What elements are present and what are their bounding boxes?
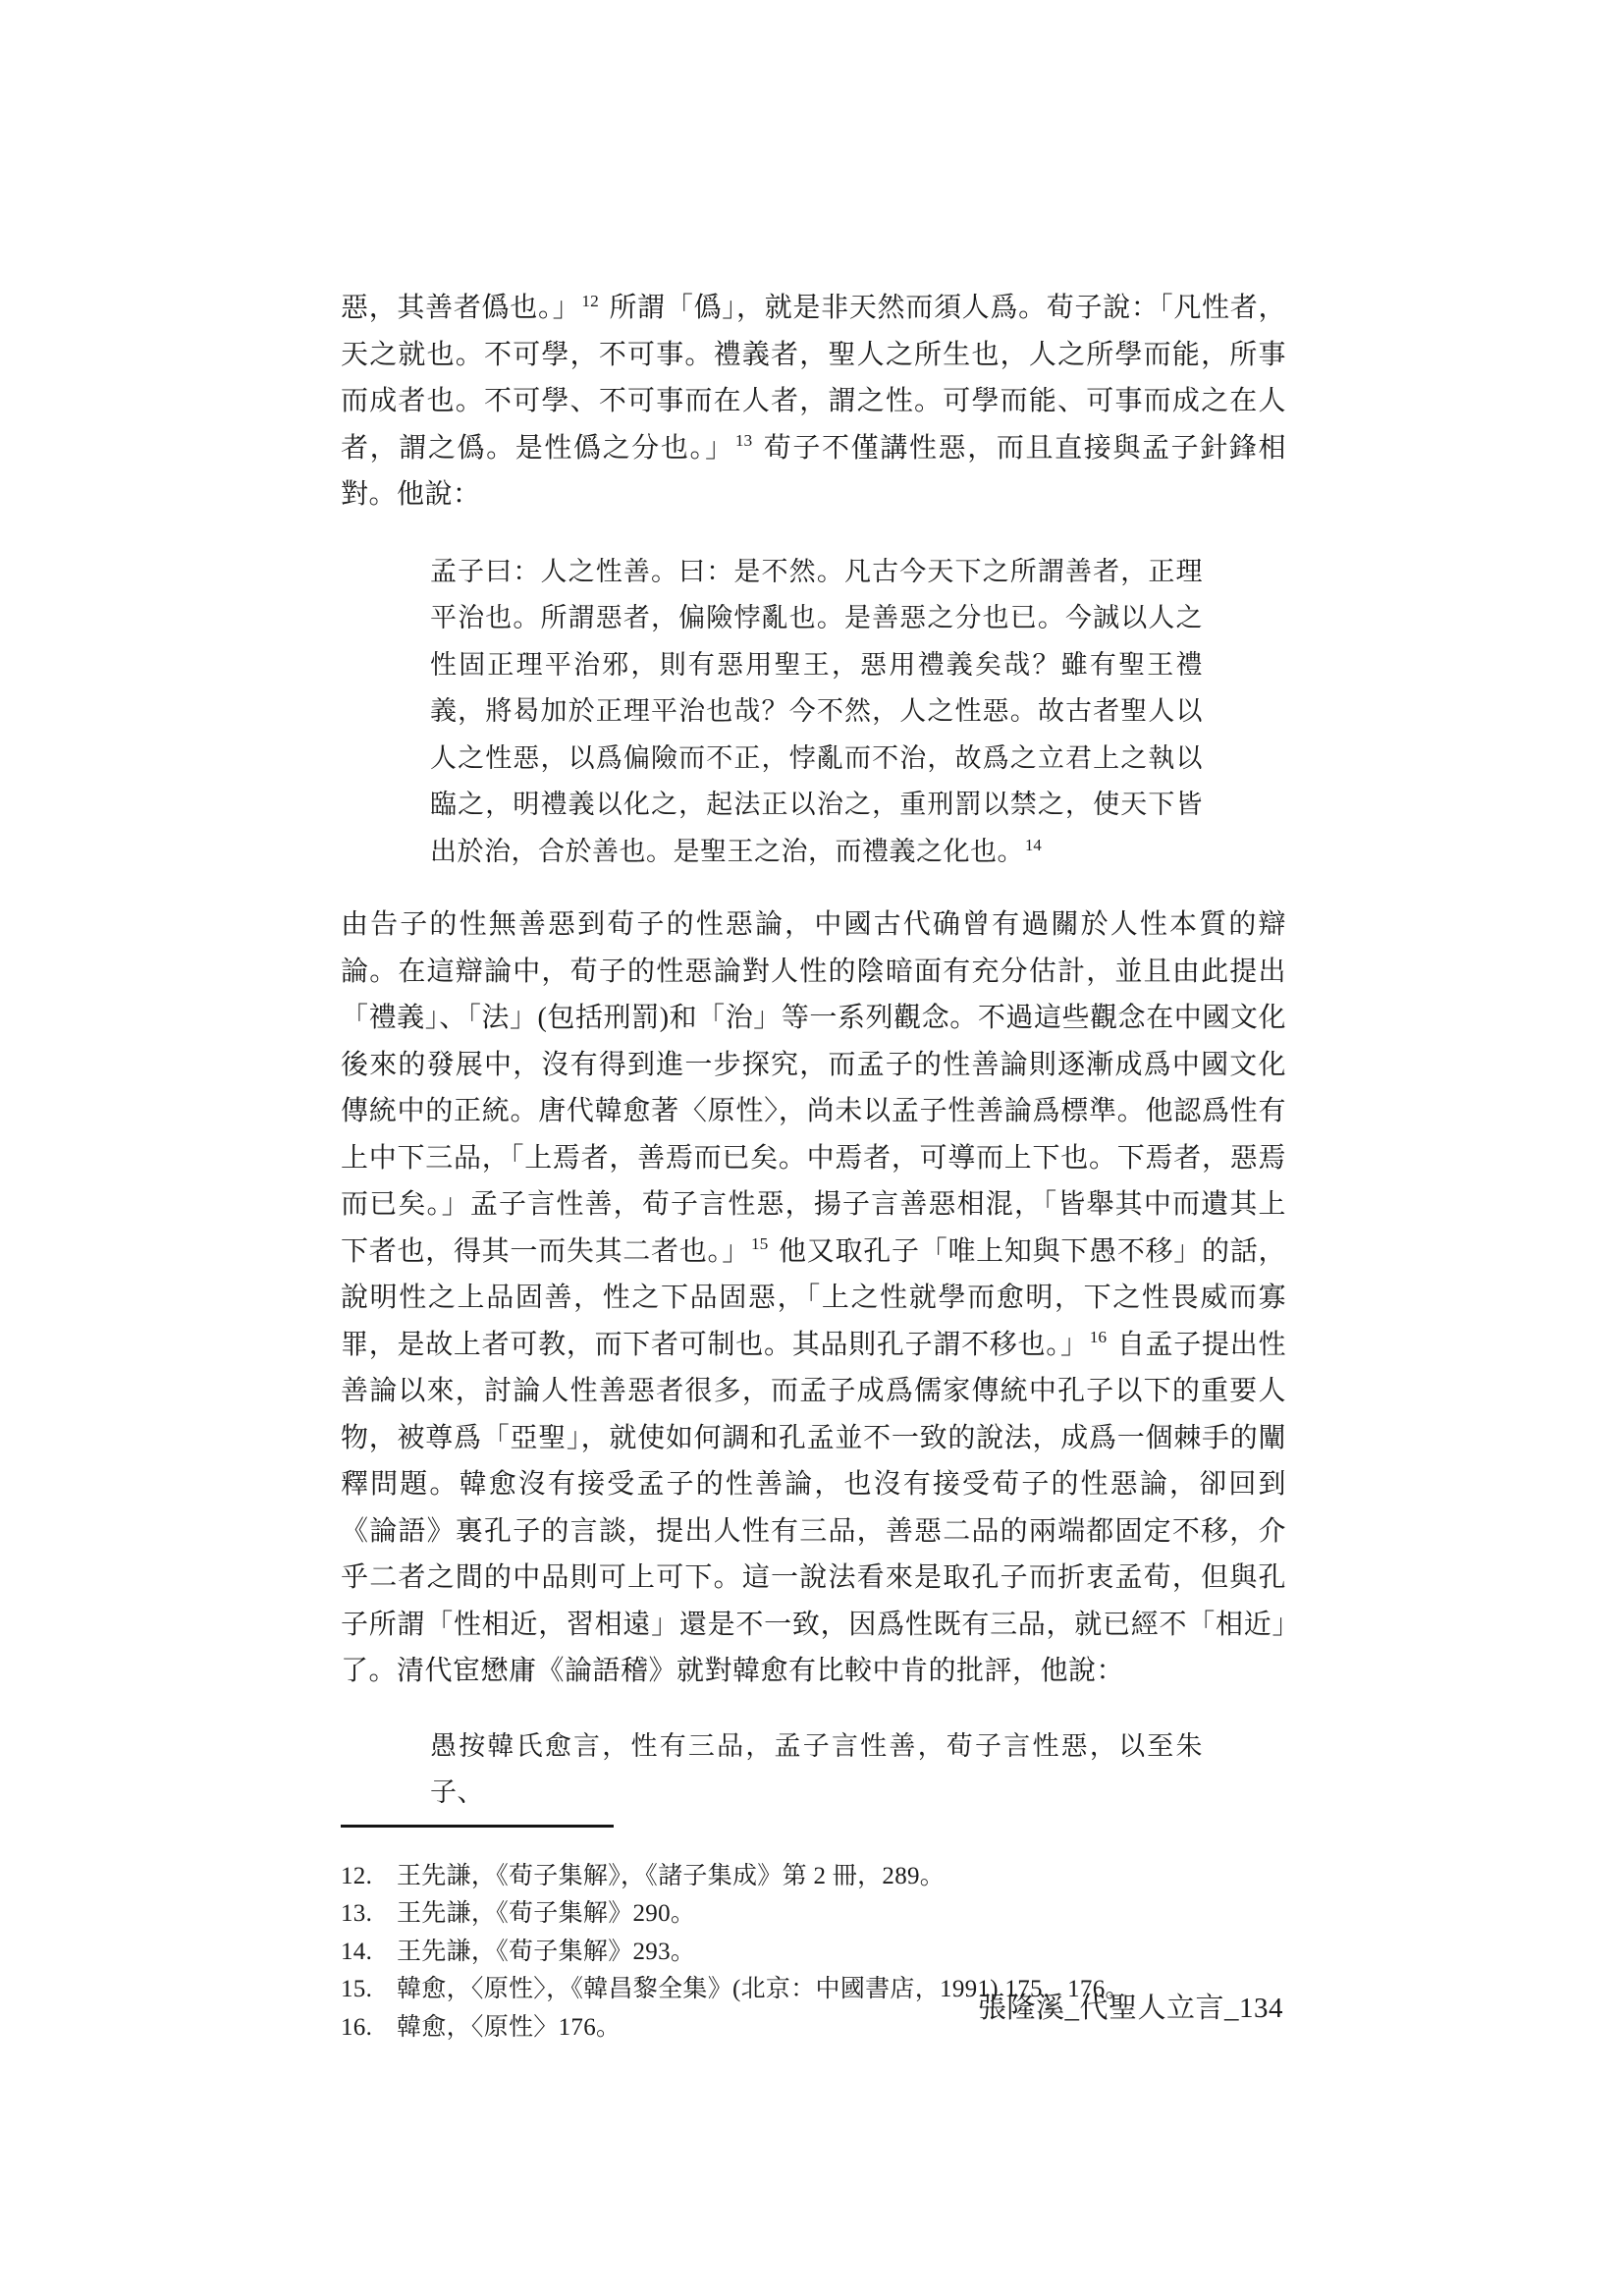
footnote: 12. 王先謙，《荀子集解》，《諸子集成》第 2 冊，289。 <box>341 1858 1286 1896</box>
paragraph-main: 由告子的性無善惡到荀子的性惡論，中國古代确曾有過關於人性本質的辯論。在這辯論中，… <box>341 902 1286 1695</box>
blockquote-lunyuji: 愚按韓氏愈言，性有三品，孟子言性善，荀子言性惡，以至朱子、 <box>430 1723 1203 1817</box>
footnote-ref: 16 <box>1089 1328 1109 1346</box>
footnote-text: 王先謙，《荀子集解》，《諸子集成》第 2 冊，289。 <box>397 1858 1286 1896</box>
blockquote-xunzi: 孟子曰：人之性善。曰：是不然。凡古今天下之所謂善者，正理平治也。所謂惡者，偏險悖… <box>430 549 1203 876</box>
running-footer: 張隆溪_代聖人立言_134 <box>978 1986 1283 2026</box>
footnote-ref: 12 <box>580 292 601 310</box>
footnote: 14. 王先謙，《荀子集解》293。 <box>341 1934 1286 1972</box>
footnote-number: 14. <box>341 1934 397 1972</box>
footnote-number: 15. <box>341 1971 397 2009</box>
footnote-number: 16. <box>341 2009 397 2048</box>
footnote-text: 王先謙，《荀子集解》293。 <box>397 1934 1286 1972</box>
footnote-text: 王先謙，《荀子集解》290。 <box>397 1895 1286 1934</box>
footnote-number: 12. <box>341 1858 397 1896</box>
document-page: 惡，其善者僞也。」12 所謂「僞」，就是非天然而須人爲。荀子說：「凡性者，天之就… <box>0 0 1623 2296</box>
page-content: 惡，其善者僞也。」12 所謂「僞」，就是非天然而須人爲。荀子說：「凡性者，天之就… <box>341 285 1286 2047</box>
paragraph-continued: 惡，其善者僞也。」12 所謂「僞」，就是非天然而須人爲。荀子說：「凡性者，天之就… <box>341 285 1286 519</box>
footnote-ref: 13 <box>734 431 755 450</box>
footnote: 13. 王先謙，《荀子集解》290。 <box>341 1895 1286 1934</box>
footnote-ref: 15 <box>750 1234 771 1253</box>
footnote-ref: 14 <box>1024 836 1045 854</box>
footnote-separator <box>341 1825 614 1828</box>
footnote-number: 13. <box>341 1895 397 1934</box>
